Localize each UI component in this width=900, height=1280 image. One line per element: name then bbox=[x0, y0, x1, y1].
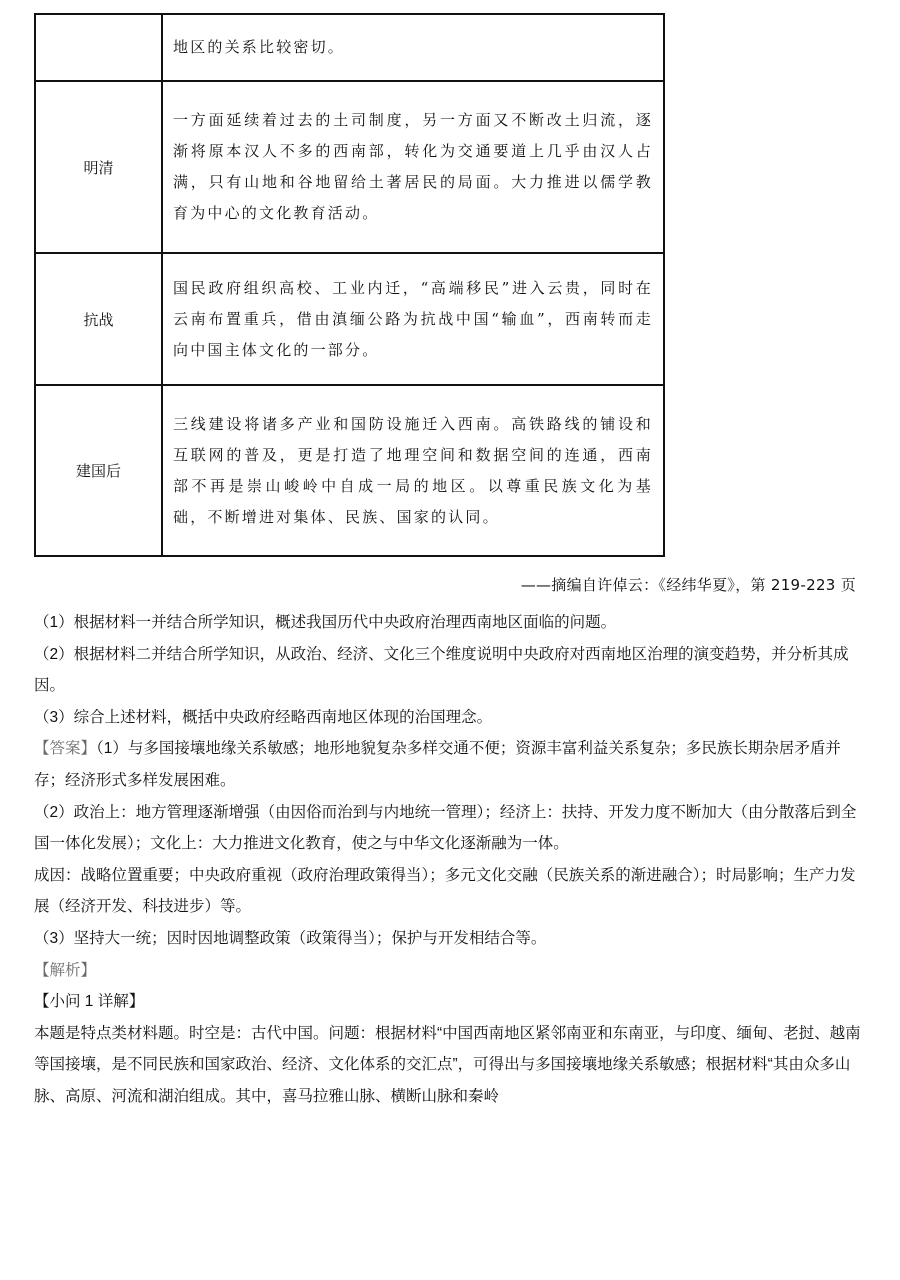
answer-causes: 成因：战略位置重要；中央政府重视（政府治理政策得当）；多元文化交融（民族关系的渐… bbox=[34, 860, 866, 923]
answer-part-1: 【答案】（1）与多国接壤地缘关系敏感；地形地貌复杂多样交通不便；资源丰富利益关系… bbox=[34, 733, 866, 796]
content-cell: 三线建设将诸多产业和国防设施迁入西南。高铁路线的铺设和互联网的普及，更是打造了地… bbox=[162, 385, 664, 556]
answer-part-3: （3）坚持大一统；因时因地调整政策（政策得当）；保护与开发相结合等。 bbox=[34, 923, 866, 955]
era-cell: 抗战 bbox=[35, 253, 162, 385]
question-2: （2）根据材料二并结合所学知识，从政治、经济、文化三个维度说明中央政府对西南地区… bbox=[34, 639, 866, 702]
question-1: （1）根据材料一并结合所学知识，概述我国历代中央政府治理西南地区面临的问题。 bbox=[34, 607, 866, 639]
source-citation: ——摘编自许倬云：《经纬华夏》，第 219-223 页 bbox=[521, 574, 856, 595]
era-cell: 建国后 bbox=[35, 385, 162, 556]
analysis-label: 【解析】 bbox=[34, 955, 866, 987]
era-cell: 明清 bbox=[35, 81, 162, 253]
question-3: （3）综合上述材料，概括中央政府经略西南地区体现的治国理念。 bbox=[34, 702, 866, 734]
document-body: （1）根据材料一并结合所学知识，概述我国历代中央政府治理西南地区面临的问题。 （… bbox=[34, 607, 866, 1113]
sub-question-1-label: 【小问 1 详解】 bbox=[34, 986, 866, 1018]
table-row: 地区的关系比较密切。 bbox=[35, 14, 664, 81]
era-cell bbox=[35, 14, 162, 81]
table-row: 明清 一方面延续着过去的土司制度，另一方面又不断改土归流，逐渐将原本汉人不多的西… bbox=[35, 81, 664, 253]
material-table: 地区的关系比较密切。 明清 一方面延续着过去的土司制度，另一方面又不断改土归流，… bbox=[34, 13, 665, 557]
content-cell: 一方面延续着过去的土司制度，另一方面又不断改土归流，逐渐将原本汉人不多的西南部，… bbox=[162, 81, 664, 253]
table-row: 抗战 国民政府组织高校、工业内迁，“高端移民”进入云贵，同时在云南布置重兵，借由… bbox=[35, 253, 664, 385]
content-cell: 地区的关系比较密切。 bbox=[162, 14, 664, 81]
content-cell: 国民政府组织高校、工业内迁，“高端移民”进入云贵，同时在云南布置重兵，借由滇缅公… bbox=[162, 253, 664, 385]
table-row: 建国后 三线建设将诸多产业和国防设施迁入西南。高铁路线的铺设和互联网的普及，更是… bbox=[35, 385, 664, 556]
answer-part-2: （2）政治上：地方管理逐渐增强（由因俗而治到与内地统一管理）；经济上：扶持、开发… bbox=[34, 797, 866, 860]
answer-part-1-text: （1）与多国接壤地缘关系敏感；地形地貌复杂多样交通不便；资源丰富利益关系复杂；多… bbox=[34, 740, 841, 789]
answer-label: 【答案】 bbox=[34, 740, 96, 757]
sub-question-1-text: 本题是特点类材料题。时空是：古代中国。问题：根据材料“中国西南地区紧邻南亚和东南… bbox=[34, 1018, 866, 1113]
